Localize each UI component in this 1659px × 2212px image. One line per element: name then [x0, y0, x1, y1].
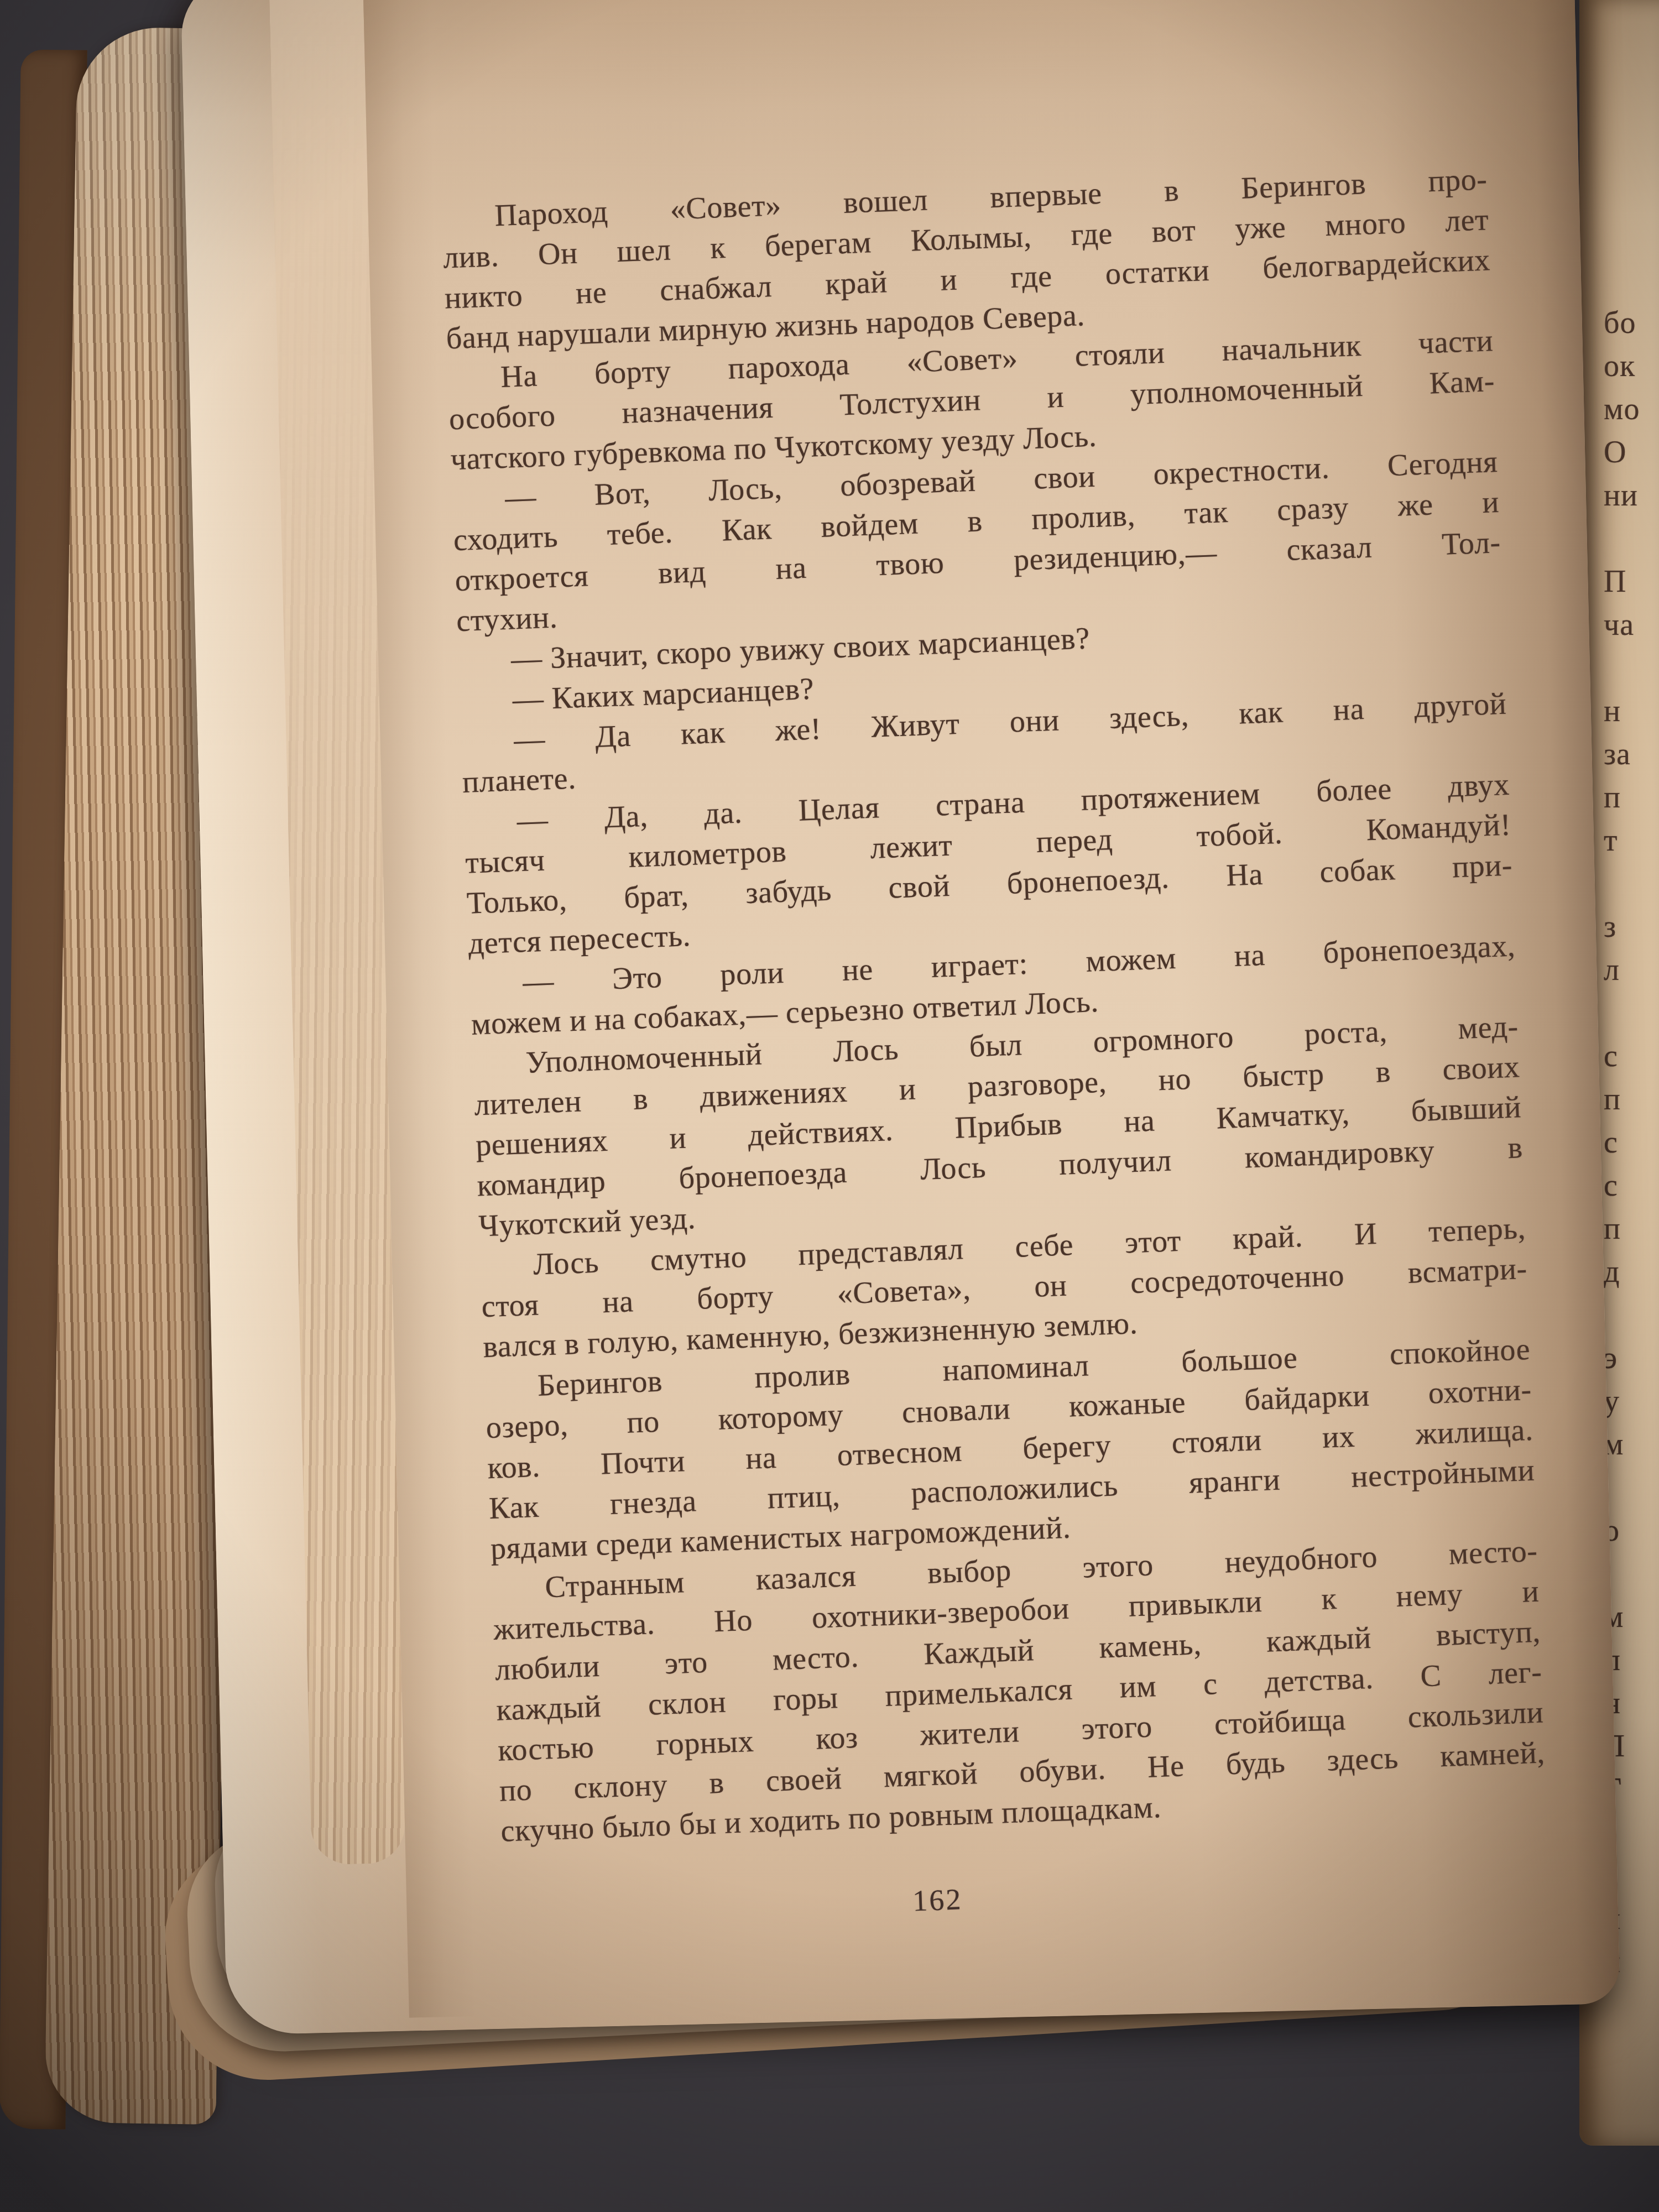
edge-text-fragment: О [1604, 432, 1626, 473]
edge-text-fragment: мо [1604, 389, 1640, 430]
edge-text-fragment: ни [1604, 476, 1638, 516]
edge-text-fragment: ок [1604, 346, 1635, 387]
page-text: Пароход «Совет» вошел впервые в Берингов… [441, 159, 1547, 1851]
edge-text-fragment: п [1604, 778, 1621, 818]
paragraph: Уполномоченный Лось был огромного роста,… [472, 1006, 1525, 1246]
edge-text-fragment: д [1604, 1252, 1620, 1292]
edge-text-fragment: с [1604, 1123, 1618, 1163]
page-number: 162 [865, 1880, 1010, 1919]
paragraph: Странным казался выбор этого неудобного … [491, 1531, 1547, 1852]
edge-text-fragment: т [1604, 821, 1618, 861]
edge-text-fragment: ча [1604, 605, 1634, 645]
edge-text-fragment: л [1604, 950, 1620, 990]
edge-text-fragment: п [1604, 1079, 1621, 1120]
edge-text-fragment: с [1604, 1166, 1618, 1206]
edge-text-fragment: бо [1604, 303, 1636, 343]
edge-text-fragment: П [1604, 562, 1626, 602]
paragraph: Берингов пролив напоминал большое спокой… [484, 1329, 1537, 1569]
edge-text-fragment: за [1604, 734, 1631, 775]
edge-text-fragment: н [1604, 691, 1621, 732]
edge-text-fragment: с [1604, 1036, 1618, 1077]
edge-text-fragment: з [1604, 907, 1616, 947]
book-page: Пароход «Совет» вошел впервые в Берингов… [180, 0, 1620, 2035]
book-photo: Пароход «Совет» вошел впервые в Берингов… [0, 0, 1659, 2212]
edge-text-fragment: п [1604, 1209, 1621, 1249]
page-curl-edge [269, 0, 406, 1865]
